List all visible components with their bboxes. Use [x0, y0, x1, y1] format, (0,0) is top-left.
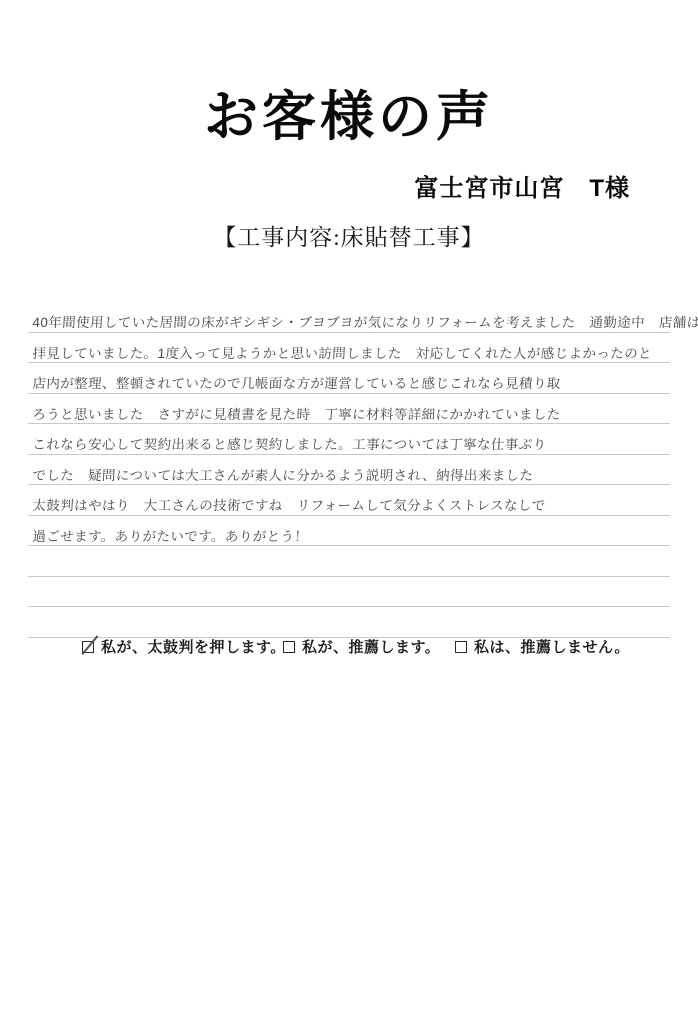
- ratings-row: 私が、太鼓判を押します。私が、推薦します。私は、推薦しません。: [0, 636, 698, 660]
- rating-label: 私が、太鼓判を押します。: [101, 636, 286, 657]
- checkbox-icon[interactable]: [455, 641, 467, 653]
- testimonial-line: 拝見していました。1度入って見ようかと思い訪問しました 対応してくれた人が感じよ…: [28, 333, 670, 364]
- ruled-empty-line: [28, 607, 670, 638]
- handwritten-text: ろうと思いました さすがに見積書を見た時 丁寧に材料等詳細にかかれていました: [28, 408, 561, 424]
- handwritten-text: でした 疑問については大工さんが素人に分かるよう説明され、納得出来ました: [28, 469, 534, 485]
- check-mark-icon: [81, 635, 98, 655]
- handwritten-text: 過ごせます。ありがたいです。ありがとう！: [28, 530, 309, 546]
- ruled-empty-line: [28, 546, 670, 577]
- document-page: お客様の声 富士宮市山宮 T様 【工事内容:床貼替工事】 40年間使用していた居…: [0, 0, 698, 1024]
- testimonial-section: 40年間使用していた居間の床がギシギシ・ブヨブヨが気になりリフォームを考えました…: [28, 302, 670, 638]
- rating-label: 私は、推薦しません。: [474, 636, 630, 657]
- handwritten-text: 40年間使用していた居間の床がギシギシ・ブヨブヨが気になりリフォームを考えました…: [28, 316, 698, 332]
- testimonial-line: でした 疑問については大工さんが素人に分かるよう説明され、納得出来ました: [28, 455, 670, 486]
- rating-option: 私は、推薦しません。: [455, 636, 630, 657]
- testimonial-line: 店内が整理、整頓されていたので几帳面な方が運営していると感じこれなら見積り取: [28, 363, 670, 394]
- page-title: お客様の声: [0, 74, 698, 151]
- handwritten-text: これなら安心して契約出来ると感じ契約しました。工事については丁寧な仕事ぶり: [28, 438, 547, 454]
- testimonial-line: これなら安心して契約出来ると感じ契約しました。工事については丁寧な仕事ぶり: [28, 424, 670, 455]
- ruled-empty-line: [28, 577, 670, 608]
- testimonial-line: 過ごせます。ありがたいです。ありがとう！: [28, 516, 670, 547]
- rating-label: 私が、推薦します。: [302, 636, 440, 657]
- rating-option: 私が、太鼓判を押します。: [82, 636, 286, 657]
- testimonial-line: ろうと思いました さすがに見積書を見た時 丁寧に材料等詳細にかかれていました: [28, 394, 670, 425]
- handwritten-text: 太鼓判はやはり 大工さんの技術ですね リフォームして気分よくストレスなしで: [28, 499, 546, 515]
- checkbox-checked-icon[interactable]: [82, 641, 94, 653]
- work-description: 【工事内容:床貼替工事】: [0, 219, 698, 252]
- customer-name: 富士宮市山宮 T様: [0, 168, 630, 203]
- handwritten-text: 拝見していました。1度入って見ようかと思い訪問しました 対応してくれた人が感じよ…: [28, 347, 652, 363]
- testimonial-line: 40年間使用していた居間の床がギシギシ・ブヨブヨが気になりリフォームを考えました…: [28, 302, 670, 333]
- handwritten-text: 店内が整理、整頓されていたので几帳面な方が運営していると感じこれなら見積り取: [28, 377, 561, 393]
- testimonial-line: 太鼓判はやはり 大工さんの技術ですね リフォームして気分よくストレスなしで: [28, 485, 670, 516]
- checkbox-icon[interactable]: [283, 641, 295, 653]
- rating-option: 私が、推薦します。: [283, 636, 440, 657]
